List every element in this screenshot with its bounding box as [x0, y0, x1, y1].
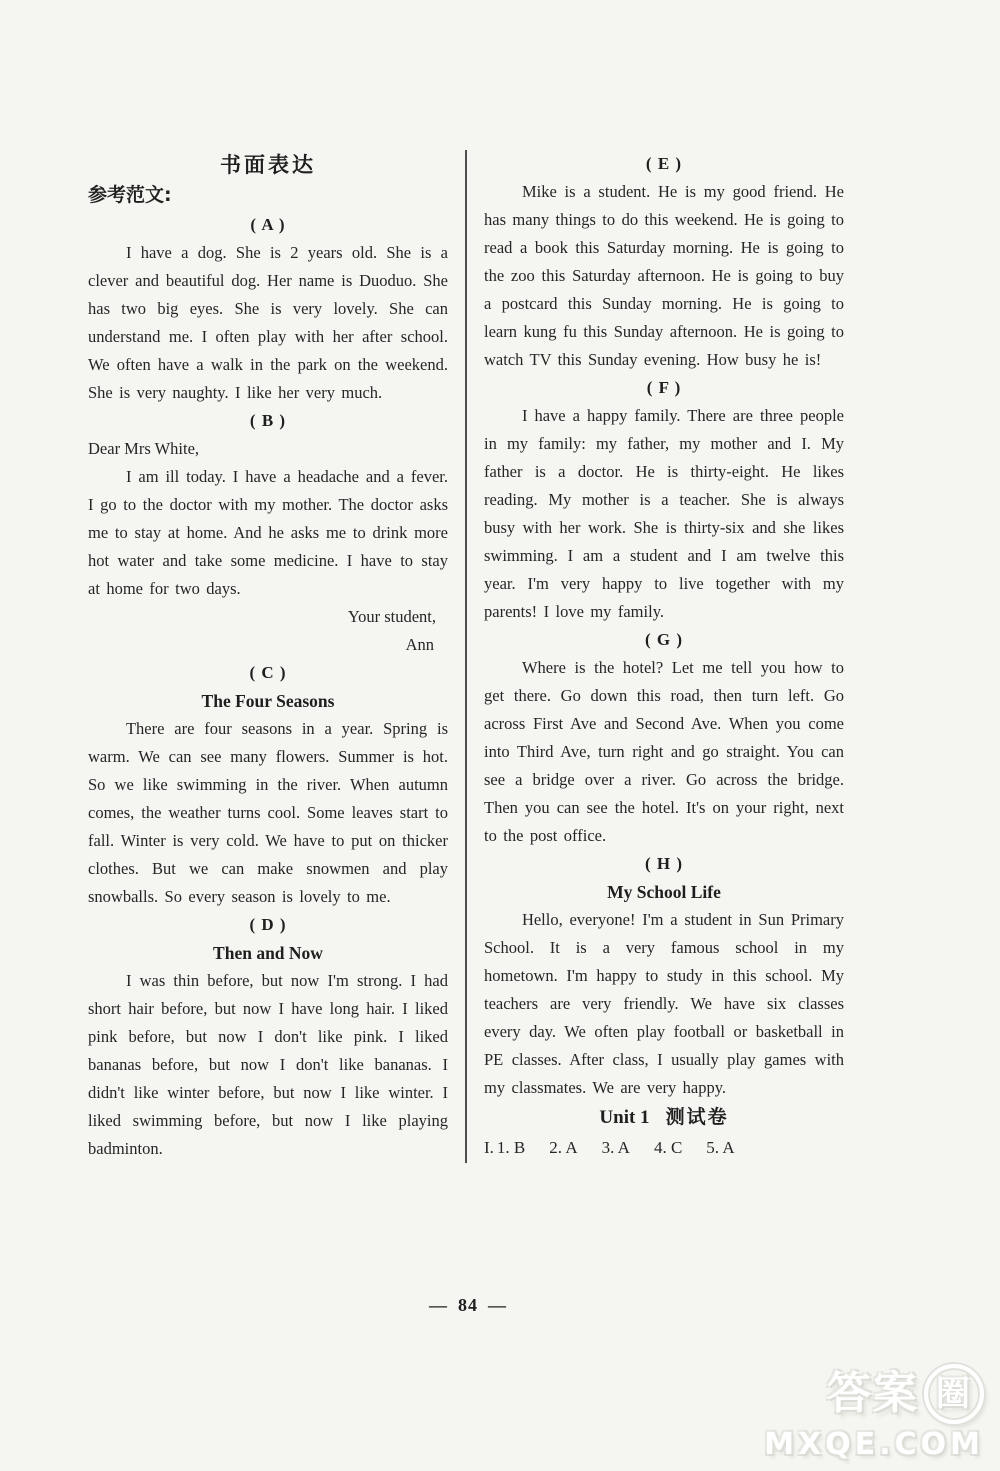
letter-salutation: Dear Mrs White,: [88, 435, 448, 463]
answer-2: 2. A: [549, 1133, 577, 1163]
watermark: 答案圈 MXQE.COM: [764, 1364, 984, 1463]
page-number-footer: —84—: [88, 1290, 848, 1320]
unit1-label: Unit 1: [599, 1107, 649, 1128]
watermark-circle-logo: 圈: [924, 1364, 984, 1424]
section-g: ( G ) Where is the hotel? Let me tell yo…: [484, 626, 844, 850]
section-b-paragraph: I am ill today. I have a headache and a …: [88, 463, 448, 603]
unit1-answers-row: I. 1. B 2. A 3. A 4. C 5. A: [484, 1133, 844, 1163]
section-a-label: ( A ): [88, 211, 448, 239]
unit1-test-heading: Unit 1测试卷: [484, 1102, 844, 1133]
answers-section-numeral: I.: [484, 1133, 494, 1163]
section-g-label: ( G ): [484, 626, 844, 654]
section-f-label: ( F ): [484, 374, 844, 402]
section-f: ( F ) I have a happy family. There are t…: [484, 374, 844, 626]
footer-dash-left: —: [429, 1295, 448, 1315]
section-f-paragraph: I have a happy family. There are three p…: [484, 402, 844, 626]
section-c-label: ( C ): [88, 659, 448, 687]
section-e: ( E ) Mike is a student. He is my good f…: [484, 150, 844, 374]
section-d-label: ( D ): [88, 911, 448, 939]
answer-4: 4. C: [654, 1133, 682, 1163]
scanned-answer-book-page: 书面表达 参考范文: ( A ) I have a dog. She is 2 …: [0, 0, 1000, 1471]
answer-1: 1. B: [497, 1133, 525, 1163]
section-a: ( A ) I have a dog. She is 2 years old. …: [88, 211, 448, 407]
section-b-label: ( B ): [88, 407, 448, 435]
answer-5: 5. A: [706, 1133, 734, 1163]
section-a-paragraph: I have a dog. She is 2 years old. She is…: [88, 239, 448, 407]
test-paper-label: 测试卷: [666, 1106, 729, 1128]
section-g-paragraph: Where is the hotel? Let me tell you how …: [484, 654, 844, 850]
section-c-paragraph: There are four seasons in a year. Spring…: [88, 715, 448, 911]
section-e-label: ( E ): [484, 150, 844, 178]
section-c-title: The Four Seasons: [88, 687, 448, 715]
footer-dash-right: —: [488, 1295, 507, 1315]
section-d: ( D ) Then and Now I was thin before, bu…: [88, 911, 448, 1163]
left-column: 书面表达 参考范文: ( A ) I have a dog. She is 2 …: [88, 150, 448, 1163]
section-h-paragraph: Hello, everyone! I'm a student in Sun Pr…: [484, 906, 844, 1102]
page-content: 书面表达 参考范文: ( A ) I have a dog. She is 2 …: [88, 150, 848, 1163]
reference-essays-label: 参考范文:: [88, 180, 448, 211]
watermark-site: MXQE.COM: [764, 1427, 984, 1463]
letter-signature: Ann: [88, 631, 448, 659]
section-e-paragraph: Mike is a student. He is my good friend.…: [484, 178, 844, 374]
right-column: ( E ) Mike is a student. He is my good f…: [465, 150, 844, 1163]
section-h-title: My School Life: [484, 878, 844, 906]
watermark-brand-text: 答案: [827, 1367, 919, 1421]
section-d-title: Then and Now: [88, 939, 448, 967]
section-c: ( C ) The Four Seasons There are four se…: [88, 659, 448, 911]
watermark-brand: 答案圈: [764, 1364, 984, 1424]
section-d-paragraph: I was thin before, but now I'm strong. I…: [88, 967, 448, 1163]
answer-3: 3. A: [602, 1133, 630, 1163]
page-title: 书面表达: [88, 150, 448, 180]
page-number: 84: [458, 1295, 478, 1315]
letter-closing: Your student,: [88, 603, 448, 631]
section-h-label: ( H ): [484, 850, 844, 878]
section-b: ( B ) Dear Mrs White, I am ill today. I …: [88, 407, 448, 659]
section-h: ( H ) My School Life Hello, everyone! I'…: [484, 850, 844, 1102]
